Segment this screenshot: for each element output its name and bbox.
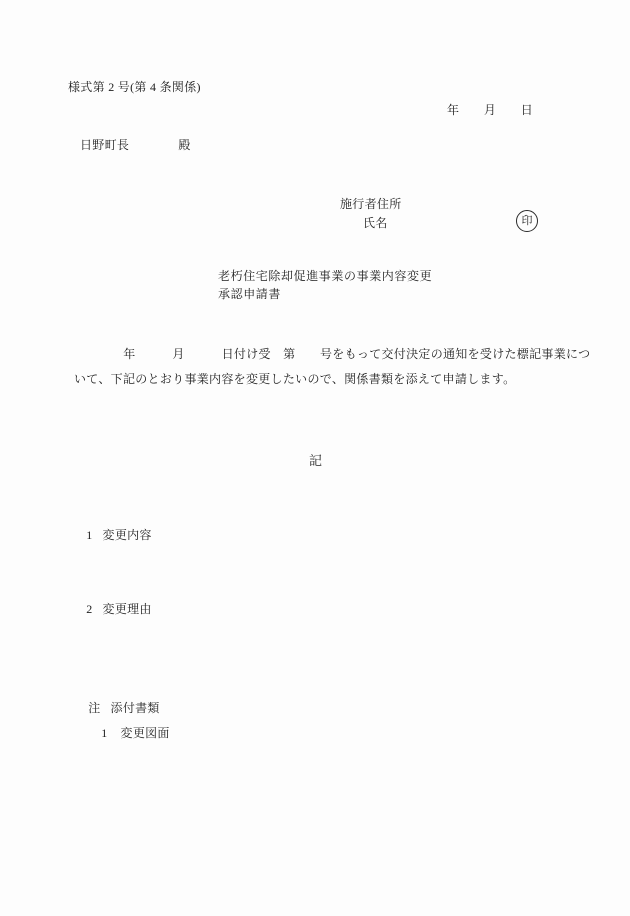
seal-mark-character: 印 (522, 216, 533, 227)
document-page: 様式第 2 号(第 4 条関係) 年 月 日 日野町長 殿 施行者住所 氏名 印… (0, 0, 630, 916)
list-item-change-content: 1変更内容 (73, 513, 152, 558)
section-heading-ki: 記 (309, 453, 322, 468)
date-blank-line: 年 月 日 (447, 103, 533, 118)
seal-mark-icon: 印 (516, 210, 538, 232)
addressee-line: 日野町長 殿 (80, 138, 191, 153)
list-item-change-reason: 2変更理由 (73, 587, 152, 632)
list-item-number: 2 (86, 602, 92, 616)
form-number: 様式第 2 号(第 4 条関係) (68, 80, 201, 95)
body-paragraph-line1: 年 月 日付け受 第 号をもって交付決定の通知を受けた標記事業につ (74, 347, 590, 362)
note-item-number: 1 (101, 726, 107, 740)
issuer-name-label: 氏名 (363, 216, 388, 231)
list-item-label: 変更理由 (103, 602, 152, 616)
issuer-address-label: 施行者住所 (340, 197, 402, 212)
note-item-change-drawing: 1変更図面 (88, 711, 170, 756)
list-item-label: 変更内容 (103, 528, 152, 542)
document-title-line1: 老朽住宅除却促進事業の事業内容変更 (218, 269, 432, 284)
note-item-label: 変更図面 (121, 726, 170, 740)
body-paragraph-line2: いて、下記のとおり事業内容を変更したいので、関係書類を添えて申請します。 (74, 372, 515, 387)
document-title-line2: 承認申請書 (218, 287, 281, 302)
list-item-number: 1 (86, 528, 92, 542)
